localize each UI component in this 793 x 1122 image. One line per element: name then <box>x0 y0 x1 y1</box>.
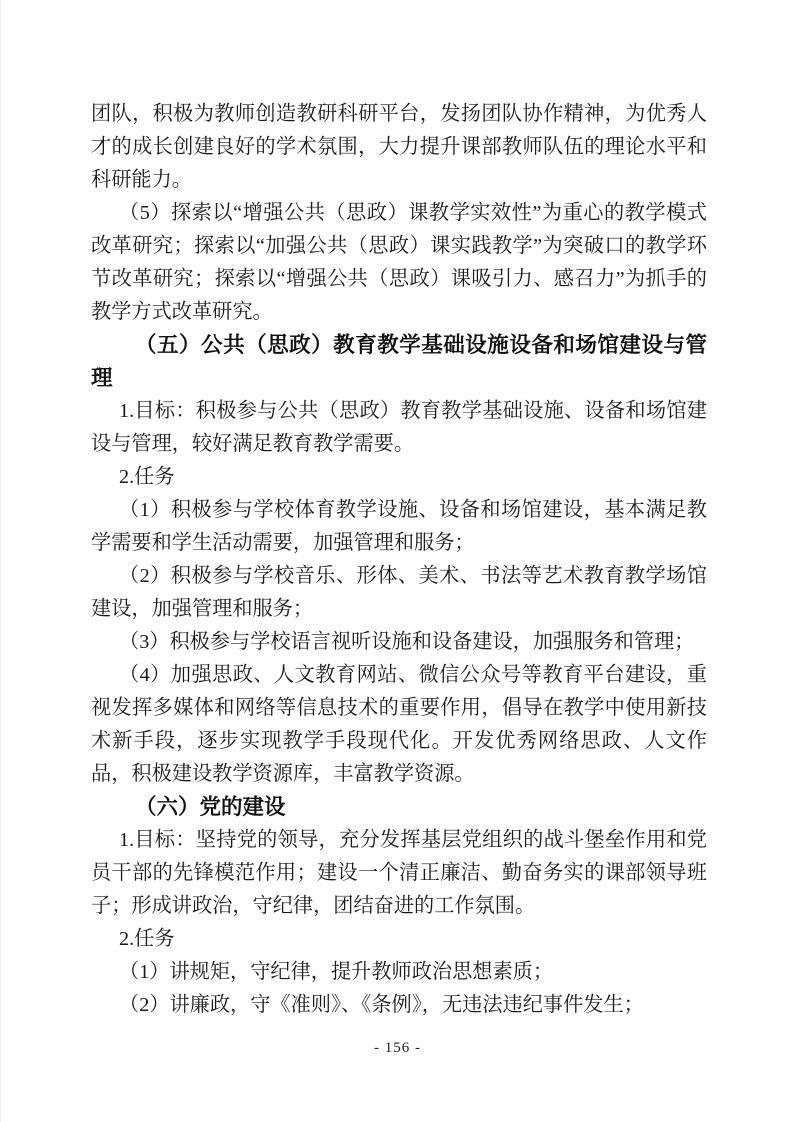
paragraph: （5）探索以“增强公共（思政）课教学实效性”为重心的教学模式改革研究；探索以“加… <box>91 197 707 329</box>
paragraph: 2.任务 <box>91 923 707 956</box>
paragraph: 1.目标：积极参与公共（思政）教育教学基础设施、设备和场馆建设与管理，较好满足教… <box>91 395 707 461</box>
page-number: - 156 - <box>374 1040 421 1056</box>
section-heading: （六）党的建设 <box>91 791 707 824</box>
paragraph: （1）讲规矩，守纪律，提升教师政治思想素质； <box>91 956 707 989</box>
page-footer: - 156 - <box>1 1040 793 1057</box>
paragraph: 1.目标：坚持党的领导，充分发挥基层党组织的战斗堡垒作用和党员干部的先锋模范作用… <box>91 824 707 923</box>
paragraph: 2.任务 <box>91 461 707 494</box>
paragraph: （2）讲廉政，守《准则》、《条例》，无违法违纪事件发生； <box>91 989 707 1022</box>
paragraph: （4）加强思政、人文教育网站、微信公众号等教育平台建设，重视发挥多媒体和网络等信… <box>91 659 707 791</box>
paragraph: （2）积极参与学校音乐、形体、美术、书法等艺术教育教学场馆建设，加强管理和服务； <box>91 560 707 626</box>
document-content: 团队，积极为教师创造教研科研平台，发扬团队协作精神，为优秀人才的成长创建良好的学… <box>91 98 707 1022</box>
paragraph: 团队，积极为教师创造教研科研平台，发扬团队协作精神，为优秀人才的成长创建良好的学… <box>91 98 707 197</box>
document-page: 团队，积极为教师创造教研科研平台，发扬团队协作精神，为优秀人才的成长创建良好的学… <box>0 0 793 1122</box>
paragraph: （1）积极参与学校体育教学设施、设备和场馆建设，基本满足教学需要和学生活动需要，… <box>91 494 707 560</box>
paragraph: （3）积极参与学校语言视听设施和设备建设，加强服务和管理； <box>91 626 707 659</box>
section-heading: （五）公共（思政）教育教学基础设施设备和场馆建设与管理 <box>91 329 707 395</box>
